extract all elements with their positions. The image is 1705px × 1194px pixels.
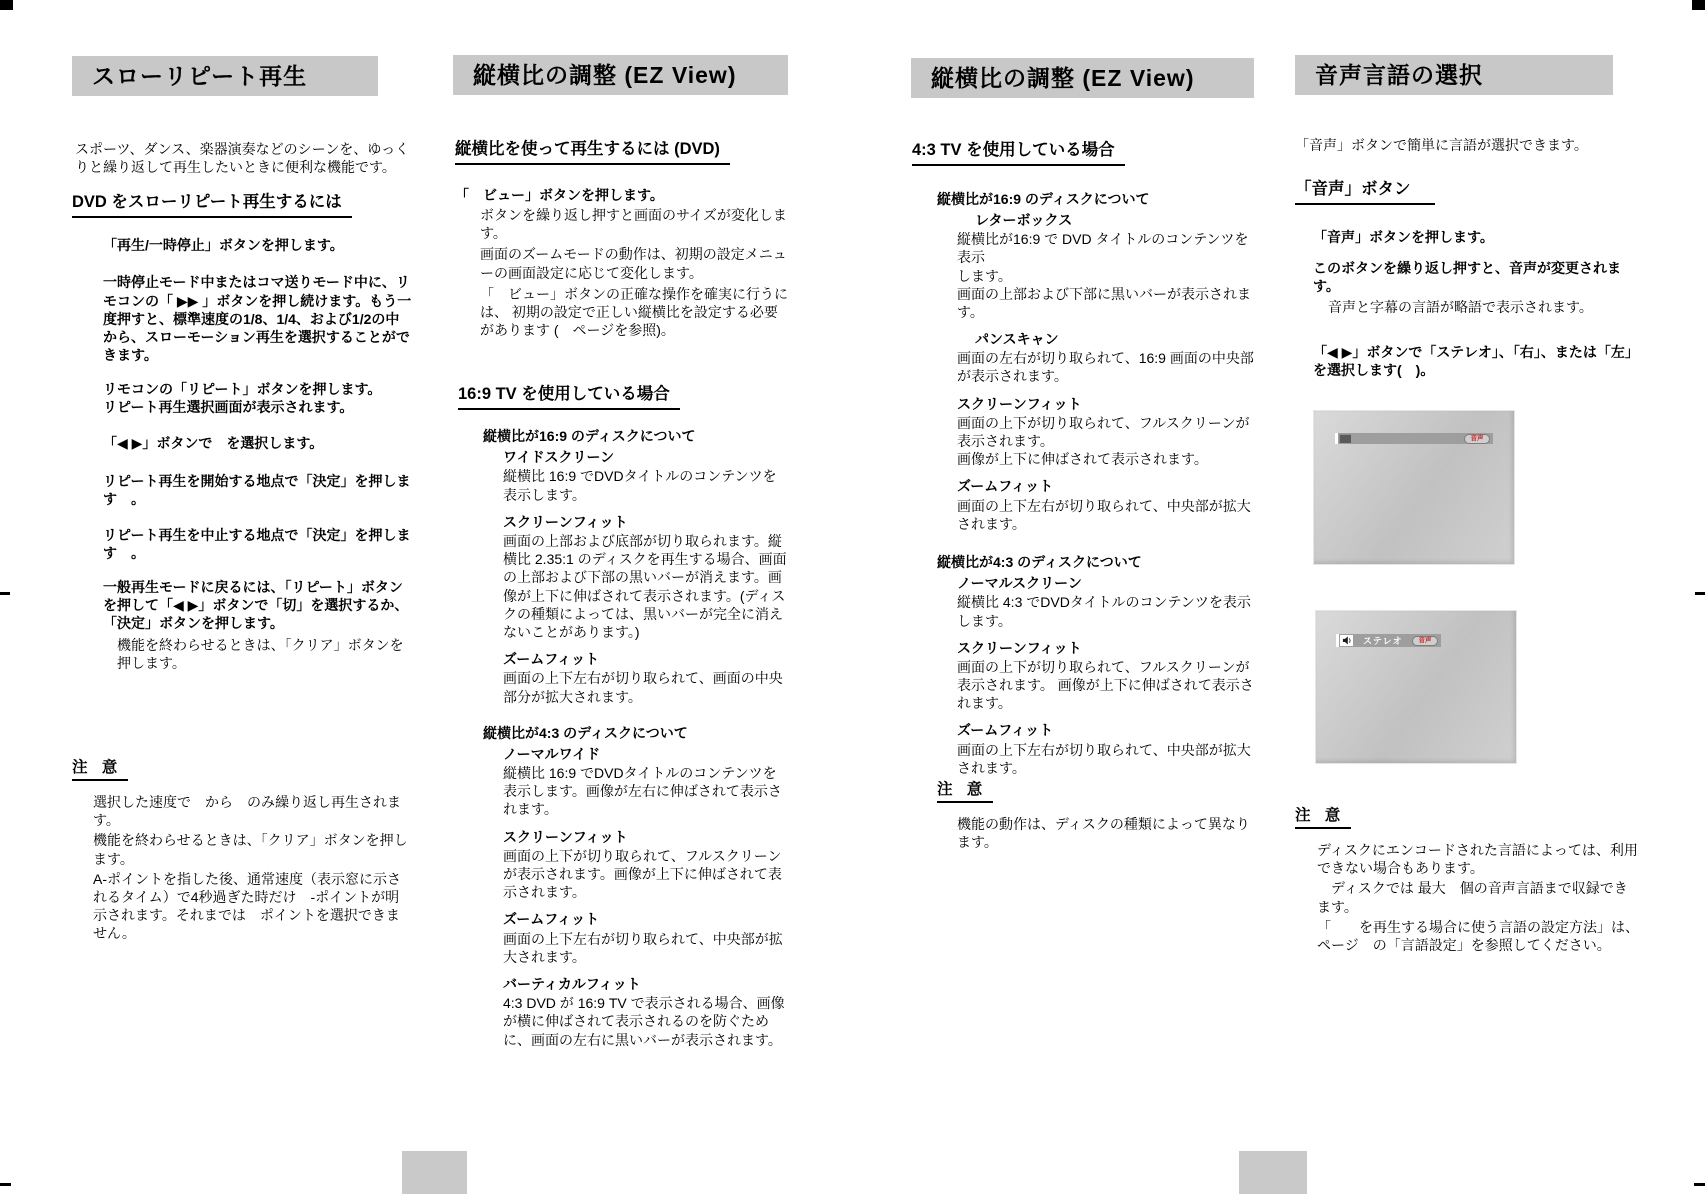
step-6: リピート再生を中止する地点で「決定」を押します 。 — [103, 526, 413, 562]
ez-view-step-body: ボタンを繰り返し押すと画面のサイズが変化します。 — [480, 206, 788, 242]
osd-bar: ステレオ 音声 — [1336, 634, 1441, 647]
aspect-mode-desc: 画面の上下が切り取られて、フルスクリーンが表示されます。 画像が上下に伸ばされて… — [957, 658, 1256, 713]
stereo-label: ステレオ — [1363, 634, 1403, 647]
print-mark-bottom-left — [0, 1183, 11, 1186]
aspect-mode-name: スクリーンフィット — [503, 828, 788, 846]
ez-view-step-title: 「 ビュー」ボタンを押します。 — [455, 186, 788, 204]
section-slow-repeat-play: スローリピート再生 スポーツ、ダンス、楽器演奏などのシーンを、ゆっくりと繰り返し… — [72, 56, 413, 673]
aspect-mode-desc: 画面の上部および底部が切り取られます。縦横比 2.35:1 のディスクを再生する… — [503, 532, 788, 641]
note-block: 注 意 選択した速度で から のみ繰り返し再生されます。 機能を終わらせるときは… — [72, 755, 413, 943]
subsection-heading: DVD をスローリピート再生するには — [72, 193, 352, 218]
subsection-heading: 16:9 TV を使用している場合 — [458, 385, 680, 410]
display-icon — [1339, 434, 1351, 443]
note-item: 「 を再生する場合に使う言語の設定方法」は、ページ の「言語設定」を参照してくだ… — [1317, 918, 1640, 954]
disc-aspect-group-title: 縦横比が4:3 のディスクについて — [483, 724, 788, 742]
section-header: スローリピート再生 — [72, 56, 378, 96]
disc-aspect-group-title: 縦横比が16:9 のディスクについて — [483, 427, 788, 445]
aspect-mode-name: スクリーンフィット — [957, 395, 1256, 413]
subsection-heading: 縦横比を使って再生するには (DVD) — [455, 140, 730, 165]
aspect-mode-desc: 画面の上下左右が切り取られて、中央部が拡大されます。 — [957, 741, 1256, 777]
section-ez-view-4-3-tv: 縦横比の調整 (EZ View) 4:3 TV を使用している場合 縦横比が16… — [911, 58, 1256, 777]
section-header: 縦横比の調整 (EZ View) — [911, 58, 1254, 98]
aspect-mode-desc: 画面の上下左右が切り取られて、画面の中央部分が拡大されます。 — [503, 669, 788, 705]
aspect-mode-name: ノーマルワイド — [503, 745, 788, 763]
audio-badge: 音声 — [1464, 434, 1490, 444]
aspect-mode-desc: 画面の上下が切り取られて、フルスクリーンが表示されます。画像が上下に伸ばされて表… — [503, 847, 788, 902]
subsection-heading: 「音声」ボタン — [1295, 180, 1435, 205]
aspect-mode-name: ズームフィット — [503, 910, 788, 928]
section-header: 音声言語の選択 — [1295, 55, 1613, 95]
aspect-mode-desc: 画面の左右が切り取られて、16:9 画面の中央部が表示されます。 — [957, 349, 1256, 385]
aspect-mode-desc: 画面の上下が切り取られて、フルスクリーンが表示されます。 画像が上下に伸ばされて… — [957, 414, 1256, 469]
step-7-sub: 機能を終わらせるときは、「クリア」ボタンを押します。 — [117, 636, 413, 672]
tv-screen-stereo-osd: ステレオ 音声 — [1315, 610, 1517, 764]
manual-page: スローリピート再生 スポーツ、ダンス、楽器演奏などのシーンを、ゆっくりと繰り返し… — [0, 0, 1705, 1194]
note-item: 選択した速度で から のみ繰り返し再生されます。 — [93, 793, 413, 829]
note-item: ディスクでは 最大 個の音声言語まで収録できます。 — [1317, 879, 1640, 915]
note-heading: 注 意 — [1295, 803, 1351, 829]
ez-view-step-body: 画面のズームモードの動作は、初期の設定メニューの画面設定に応じて変化します。 — [480, 245, 788, 281]
aspect-mode-desc: 縦横比が16:9 で DVD タイトルのコンテンツを表示 します。 画面の上部お… — [957, 230, 1256, 321]
disc-aspect-group-title: 縦横比が4:3 のディスクについて — [937, 553, 1256, 571]
step-5: リピート再生を開始する地点で「決定」を押します 。 — [103, 472, 413, 508]
section-header: 縦横比の調整 (EZ View) — [453, 55, 788, 95]
page-number-box-left — [402, 1151, 467, 1194]
cursor-strip — [1335, 433, 1338, 444]
aspect-mode-name: バーティカルフィット — [503, 975, 788, 993]
speaker-icon — [1340, 635, 1353, 646]
print-mark-top-left — [0, 0, 13, 10]
print-mark-mid-left — [0, 592, 10, 595]
step-7: 一般再生モードに戻るには、「リピート」ボタンを押して「◀ ▶」ボタンで「切」を選… — [103, 578, 413, 633]
aspect-mode-desc: 画面の上下左右が切り取られて、中央部が拡大されます。 — [957, 497, 1256, 533]
aspect-mode-name: ノーマルスクリーン — [957, 574, 1256, 592]
aspect-mode-name: ズームフィット — [503, 650, 788, 668]
step-3: 「◀ ▶」ボタンで「ステレオ」、「右」、または「左」を選択します( )。 — [1313, 343, 1640, 379]
step-2-sub: 音声と字幕の言語が略語で表示されます。 — [1328, 298, 1640, 316]
step-1: 「音声」ボタンを押します。 — [1313, 228, 1640, 246]
aspect-mode-name: ワイドスクリーン — [503, 448, 788, 466]
note-item: A-ポイントを指した後、通常速度（表示窓に示されるタイム）で4秒過ぎた時だけ -… — [93, 870, 413, 943]
aspect-mode-name: ズームフィット — [957, 477, 1256, 495]
section-audio-language: 音声言語の選択 「音声」ボタンで簡単に言語が選択できます。 「音声」ボタン 「音… — [1295, 55, 1640, 1055]
cursor-strip — [1336, 634, 1339, 647]
step-2: 一時停止モード中またはコマ送りモード中に、リモコンの「 ▶▶ 」ボタンを押し続け… — [103, 273, 413, 364]
note-block: 注 意 機能の動作は、ディスクの種類によって異なります。 — [911, 777, 1256, 851]
audio-badge: 音声 — [1412, 636, 1438, 646]
osd-bar: 音声 — [1335, 433, 1493, 444]
note-block: 注 意 ディスクにエンコードされた言語によっては、利用できない場合もあります。 … — [1295, 803, 1640, 954]
aspect-mode-name: スクリーンフィット — [957, 639, 1256, 657]
aspect-mode-name: パンスキャン — [975, 330, 1256, 348]
intro-text: スポーツ、ダンス、楽器演奏などのシーンを、ゆっくりと繰り返して再生したいときに便… — [75, 140, 413, 176]
aspect-mode-desc: 4:3 DVD が 16:9 TV で表示される場合、画像が横に伸ばされて表示さ… — [503, 994, 788, 1049]
aspect-mode-name: スクリーンフィット — [503, 513, 788, 531]
aspect-mode-desc: 縦横比 16:9 でDVDタイトルのコンテンツを表示します。画像が左右に伸ばされ… — [503, 764, 788, 819]
step-2: このボタンを繰り返し押すと、音声が変更されます。 — [1313, 259, 1640, 295]
aspect-mode-desc: 縦横比 4:3 でDVDタイトルのコンテンツを表示します。 — [957, 593, 1256, 629]
note-item: 機能の動作は、ディスクの種類によって異なります。 — [957, 815, 1256, 851]
print-mark-bottom-right — [1694, 1183, 1705, 1186]
aspect-mode-name: レターボックス — [975, 211, 1256, 229]
step-3: リモコンの「リピート」ボタンを押します。 リピート再生選択画面が表示されます。 — [103, 380, 413, 416]
intro-text: 「音声」ボタンで簡単に言語が選択できます。 — [1295, 136, 1640, 154]
print-mark-mid-right — [1695, 592, 1705, 595]
print-mark-top-right — [1692, 0, 1705, 10]
aspect-mode-desc: 縦横比 16:9 でDVDタイトルのコンテンツを表示します。 — [503, 467, 788, 503]
subsection-heading: 4:3 TV を使用している場合 — [912, 141, 1125, 166]
note-item: 機能を終わらせるときは、「クリア」ボタンを押します。 — [93, 831, 413, 867]
section-ez-view-16-9-tv: 縦横比の調整 (EZ View) 縦横比を使って再生するには (DVD) 「 ビ… — [453, 55, 788, 1049]
note-heading: 注 意 — [72, 755, 128, 781]
note-heading: 注 意 — [937, 777, 993, 803]
step-1: 「再生/一時停止」ボタンを押します。 — [103, 236, 413, 254]
disc-aspect-group-title: 縦横比が16:9 のディスクについて — [937, 190, 1256, 208]
step-4: 「◀ ▶」ボタンで を選択します。 — [103, 434, 413, 452]
note-item: ディスクにエンコードされた言語によっては、利用できない場合もあります。 — [1317, 841, 1640, 877]
ez-view-step-body: 「 ビュー」ボタンの正確な操作を確実に行うには、 初期の設定で正しい縦横比を設定… — [480, 285, 788, 340]
tv-screen-audio-osd: 音声 — [1313, 410, 1515, 565]
page-number-box-right — [1239, 1151, 1307, 1194]
aspect-mode-desc: 画面の上下左右が切り取られて、中央部が拡大されます。 — [503, 930, 788, 966]
aspect-mode-name: ズームフィット — [957, 721, 1256, 739]
